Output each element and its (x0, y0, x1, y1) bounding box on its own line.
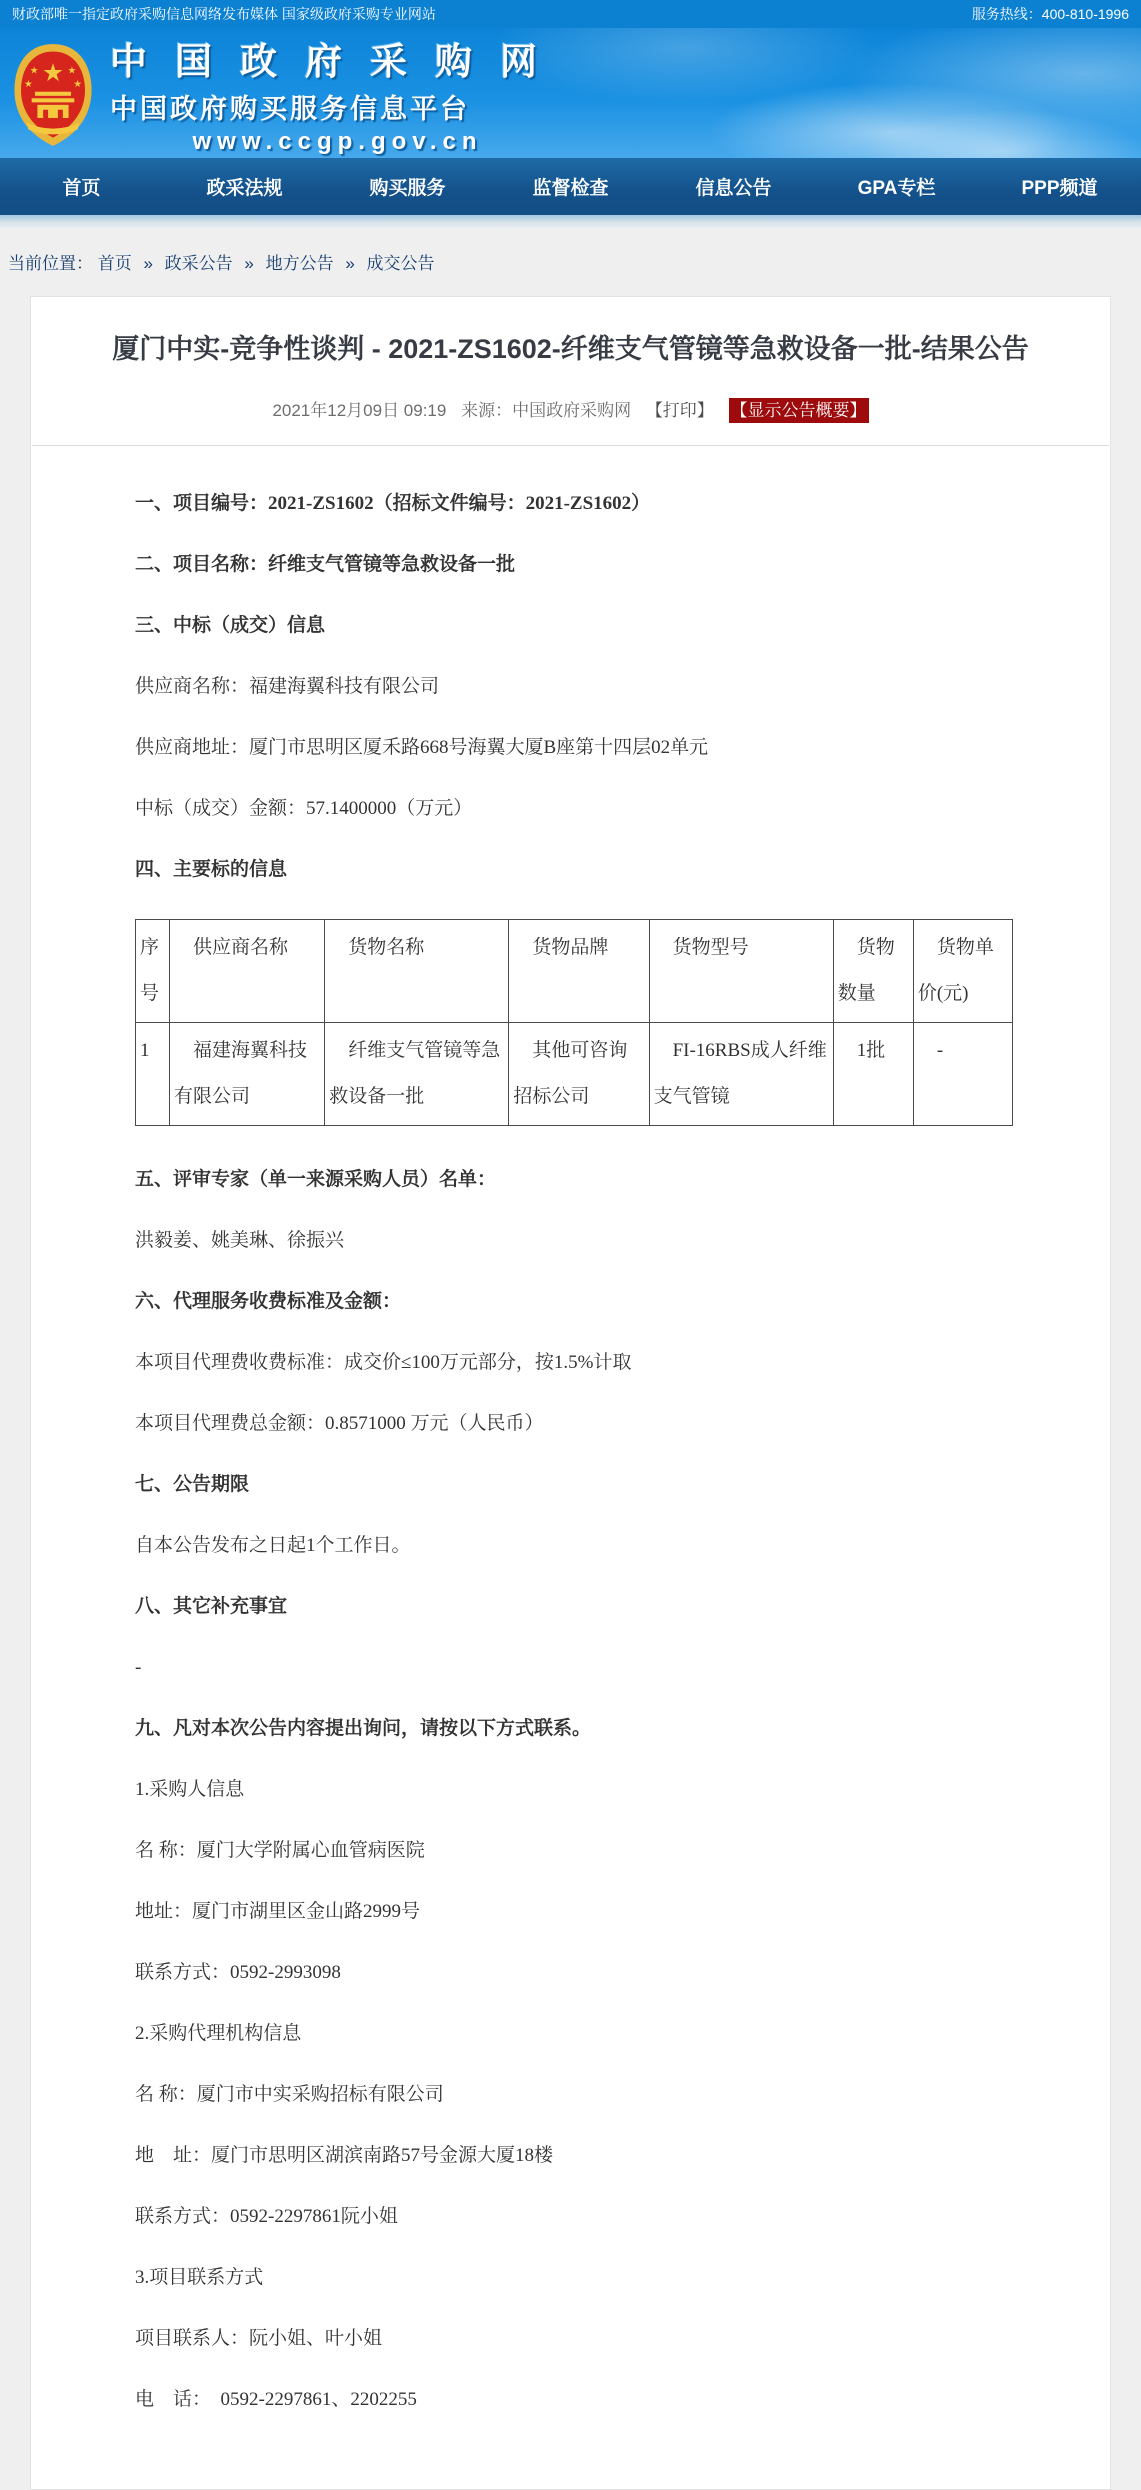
article-header: 厦门中实-竞争性谈判 - 2021-ZS1602-纤维支气管镜等急救设备一批-结… (32, 331, 1109, 446)
cell-model: FI-16RBS成人纤维支气管镜 (649, 1023, 833, 1126)
site-name: 中国政府采购网 (110, 31, 565, 85)
article-source: 来源：中国政府采购网 (461, 401, 631, 420)
col-货物型号: 货物型号 (649, 920, 833, 1023)
col-序号: 序号 (136, 920, 170, 1023)
col-货物数量: 货物数量 (833, 920, 913, 1023)
site-subtitle: 中国政府购买服务信息平台 (110, 87, 565, 126)
breadcrumb-separator: » (345, 254, 354, 273)
col-货物名称: 货物名称 (325, 920, 509, 1023)
notice-period-value: 自本公告发布之日起1个工作日。 (135, 1534, 1006, 1558)
breadcrumb-separator: » (244, 254, 253, 273)
breadcrumb-prefix: 当前位置： (8, 254, 93, 273)
show-summary-button[interactable]: 【显示公告概要】 (729, 398, 869, 423)
goods-table: 序号 供应商名称 货物名称 货物品牌 货物型号 货物数量 货物单价(元) 1 福… (135, 919, 1013, 1126)
print-button[interactable]: 【打印】 (646, 401, 714, 420)
nav-item-regulations[interactable]: 政采法规 (163, 158, 326, 215)
nav-item-ppp[interactable]: PPP频道 (978, 158, 1141, 215)
svg-text:★: ★ (73, 79, 82, 90)
cell-supplier: 福建海翼科技有限公司 (170, 1023, 325, 1126)
top-utility-bar: 财政部唯一指定政府采购信息网络发布媒体 国家级政府采购专业网站 服务热线：400… (0, 0, 1141, 28)
section-subject-info: 四、主要标的信息 (135, 858, 1006, 882)
col-供应商名称: 供应商名称 (170, 920, 325, 1023)
purchaser-name: 名 称：厦门大学附属心血管病医院 (135, 1839, 1006, 1863)
section-award-info: 三、中标（成交）信息 (135, 614, 1006, 638)
section-project-name: 二、项目名称：纤维支气管镜等急救设备一批 (135, 553, 1006, 577)
announcement-card: 厦门中实-竞争性谈判 - 2021-ZS1602-纤维支气管镜等急救设备一批-结… (30, 296, 1111, 2490)
experts-names: 洪毅姜、姚美琳、徐振兴 (135, 1229, 1006, 1253)
agency-address: 地 址：厦门市思明区湖滨南路57号金源大厦18楼 (135, 2144, 1006, 2168)
cell-unit-price: - (913, 1023, 1012, 1126)
agency-fee-total: 本项目代理费总金额：0.8571000 万元（人民币） (135, 1412, 1006, 1436)
svg-text:★: ★ (24, 79, 33, 90)
table-header-row: 序号 供应商名称 货物名称 货物品牌 货物型号 货物数量 货物单价(元) (136, 920, 1013, 1023)
site-logo[interactable]: ★ ★ ★ ★ ★ 中国政府采购网 中国政府购买服务信息平台 www.ccgp.… (12, 31, 565, 156)
nav-item-home[interactable]: 首页 (0, 158, 163, 215)
section-agency-fee: 六、代理服务收费标准及金额： (135, 1290, 1006, 1314)
breadcrumb-award-notices[interactable]: 成交公告 (367, 254, 435, 273)
article-body: 一、项目编号：2021-ZS1602（招标文件编号：2021-ZS1602） 二… (31, 446, 1110, 2412)
cell-goods: 纤维支气管镜等急救设备一批 (325, 1023, 509, 1126)
supplier-name: 供应商名称：福建海翼科技有限公司 (135, 675, 1006, 699)
agency-info-label: 2.采购代理机构信息 (135, 2022, 1006, 2046)
purchaser-address: 地址：厦门市湖里区金山路2999号 (135, 1900, 1006, 1924)
table-row: 1 福建海翼科技有限公司 纤维支气管镜等急救设备一批 其他可咨询招标公司 FI-… (136, 1023, 1013, 1126)
main-nav: 首页 政采法规 购买服务 监督检查 信息公告 GPA专栏 PPP频道 (0, 158, 1141, 215)
nav-item-purchase-service[interactable]: 购买服务 (326, 158, 489, 215)
breadcrumb: 当前位置： 首页 » 政采公告 » 地方公告 » 成交公告 (0, 229, 1141, 296)
svg-text:★: ★ (42, 60, 64, 87)
breadcrumb-procurement-notices[interactable]: 政采公告 (165, 254, 233, 273)
page-title: 厦门中实-竞争性谈判 - 2021-ZS1602-纤维支气管镜等急救设备一批-结… (88, 331, 1053, 368)
article-meta: 2021年12月09日 09:19 来源：中国政府采购网 【打印】 【显示公告概… (32, 396, 1109, 421)
nav-item-supervision[interactable]: 监督检查 (489, 158, 652, 215)
national-emblem-icon: ★ ★ ★ ★ ★ (12, 42, 94, 148)
cell-brand: 其他可咨询招标公司 (509, 1023, 649, 1126)
col-货物品牌: 货物品牌 (509, 920, 649, 1023)
svg-text:★: ★ (30, 66, 39, 77)
service-hotline: 服务热线：400-810-1996 (972, 4, 1129, 24)
nav-bottom-edge (0, 215, 1141, 229)
project-contact-person: 项目联系人：阮小姐、叶小姐 (135, 2327, 1006, 2351)
agency-name: 名 称：厦门市中实采购招标有限公司 (135, 2083, 1006, 2107)
section-other-matters: 八、其它补充事宜 (135, 1595, 1006, 1619)
other-matters-value: - (135, 1656, 1006, 1680)
purchaser-info-label: 1.采购人信息 (135, 1778, 1006, 1802)
cell-index: 1 (136, 1023, 170, 1126)
section-notice-period: 七、公告期限 (135, 1473, 1006, 1497)
award-amount: 中标（成交）金额：57.1400000（万元） (135, 797, 1006, 821)
breadcrumb-home[interactable]: 首页 (98, 254, 132, 273)
section-contact: 九、凡对本次公告内容提出询问，请按以下方式联系。 (135, 1717, 1006, 1741)
publish-datetime: 2021年12月09日 09:19 (272, 401, 446, 420)
col-货物单价: 货物单价(元) (913, 920, 1012, 1023)
svg-text:★: ★ (67, 66, 76, 77)
agency-contact: 联系方式：0592-2297861阮小姐 (135, 2205, 1006, 2229)
agency-fee-standard: 本项目代理费收费标准：成交价≤100万元部分，按1.5%计取 (135, 1351, 1006, 1375)
cell-quantity: 1批 (833, 1023, 913, 1126)
breadcrumb-separator: » (143, 254, 152, 273)
breadcrumb-local-notices[interactable]: 地方公告 (266, 254, 334, 273)
site-url: www.ccgp.gov.cn (110, 128, 565, 156)
purchaser-contact: 联系方式：0592-2993098 (135, 1961, 1006, 1985)
nav-item-gpa[interactable]: GPA专栏 (815, 158, 978, 215)
section-experts: 五、评审专家（单一来源采购人员）名单： (135, 1168, 1006, 1192)
section-project-number: 一、项目编号：2021-ZS1602（招标文件编号：2021-ZS1602） (135, 492, 1006, 516)
supplier-address: 供应商地址：厦门市思明区厦禾路668号海翼大厦B座第十四层02单元 (135, 736, 1006, 760)
site-slogan: 财政部唯一指定政府采购信息网络发布媒体 国家级政府采购专业网站 (12, 4, 436, 24)
project-contact-label: 3.项目联系方式 (135, 2266, 1006, 2290)
project-contact-phone: 电 话： 0592-2297861、2202255 (135, 2388, 1006, 2412)
nav-item-announcements[interactable]: 信息公告 (652, 158, 815, 215)
site-banner: ★ ★ ★ ★ ★ 中国政府采购网 中国政府购买服务信息平台 www.ccgp.… (0, 28, 1141, 158)
